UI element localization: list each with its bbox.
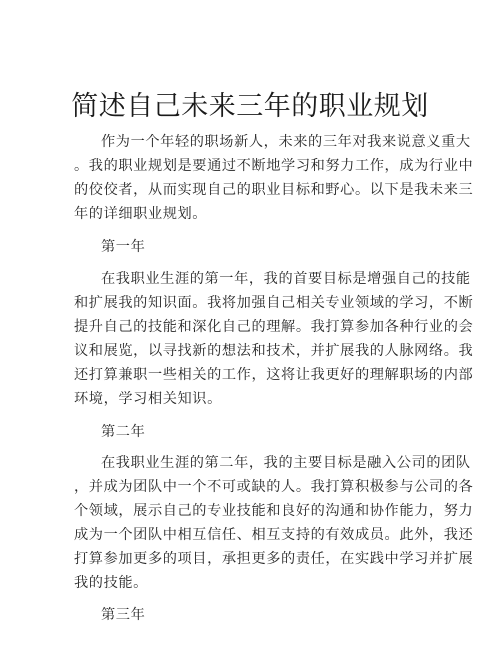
paragraph-line: ，并成为团队中一个不可或缺的人。我打算积极参与公司的各 xyxy=(74,476,473,496)
paragraph-line: 打算参加更多的项目，承担更多的责任，在实践中学习并扩展 xyxy=(74,548,473,568)
paragraph-line: 成为一个团队中相互信任、相互支持的有效成员。此外，我还 xyxy=(74,524,473,544)
paragraph-line: 在我职业生涯的第二年，我的主要目标是融入公司的团队 xyxy=(101,452,471,472)
intro-line: 年的详细职业规划。 xyxy=(74,203,207,223)
paragraph-line: 议和展览，以寻找新的想法和技术，并扩展我的人脉网络。我 xyxy=(74,340,473,360)
section-heading-year-3: 第三年 xyxy=(101,604,145,624)
intro-line: 。我的职业规划是要通过不断地学习和努力工作，成为行业中 xyxy=(74,155,473,175)
paragraph-line: 我的技能。 xyxy=(74,572,148,592)
section-heading-year-1: 第一年 xyxy=(101,236,145,256)
paragraph-line: 还打算兼职一些相关的工作，这将让我更好的理解职场的内部 xyxy=(74,364,473,384)
paragraph-line: 个领域，展示自己的专业技能和良好的沟通和协作能力，努力 xyxy=(74,500,473,520)
intro-line: 的佼佼者，从而实现自己的职业目标和野心。以下是我未来三 xyxy=(74,179,473,199)
document-title: 简述自己未来三年的职业规划 xyxy=(0,84,500,123)
section-heading-year-2: 第二年 xyxy=(101,421,145,441)
paragraph-line: 在我职业生涯的第一年，我的首要目标是增强自己的技能 xyxy=(101,268,471,288)
paragraph-line: 提升自己的技能和深化自己的理解。我打算参加各种行业的会 xyxy=(74,316,473,336)
intro-line: 作为一个年轻的职场新人，未来的三年对我来说意义重大 xyxy=(101,131,471,151)
paragraph-line: 环境，学习相关知识。 xyxy=(74,388,222,408)
paragraph-line: 和扩展我的知识面。我将加强自己相关专业领域的学习，不断 xyxy=(74,292,473,312)
